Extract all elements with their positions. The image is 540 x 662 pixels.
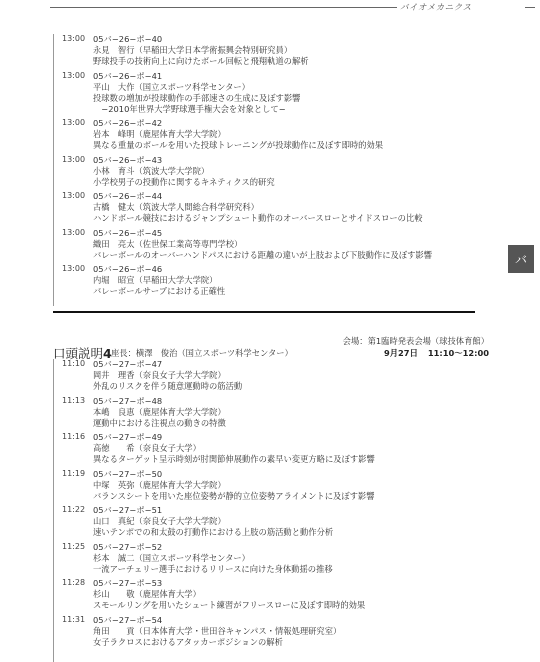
session-venue: 会場：第1臨時発表会場（球技体育館） — [343, 335, 489, 347]
running-header: バイオメカニクス — [400, 1, 472, 13]
entry-subtitle: −2010年世界大学野球選手権大会を対象として− — [93, 104, 474, 115]
program-entry: 13:00 05バ−26−ポ−41 平山 大作（国立スポーツ科学センター） 投球… — [54, 71, 474, 115]
entry-code: 05バ−27−ポ−48 — [93, 396, 474, 407]
entry-time: 13:00 — [62, 118, 85, 127]
entry-time: 11:31 — [62, 615, 85, 624]
entry-time: 11:10 — [62, 359, 85, 368]
program-entry: 11:10 05バ−27−ポ−47 岡井 理香（奈良女子大学大学院） 外乱のリス… — [54, 359, 474, 392]
entry-time: 11:19 — [62, 469, 85, 478]
entry-title: 外乱のリスクを伴う随意運動時の筋活動 — [93, 381, 474, 392]
entry-code: 05バ−26−ポ−44 — [93, 191, 474, 202]
entry-code: 05バ−26−ポ−41 — [93, 71, 474, 82]
program-entry: 13:00 05バ−26−ポ−44 古橋 健太（筑波大学人間総合科学研究科） ハ… — [54, 191, 474, 224]
session-time-range: 11:10〜12:00 — [428, 348, 489, 358]
entry-title: 投球数の増加が投球動作の手部速さの生成に及ぼす影響 — [93, 93, 474, 104]
entry-time: 11:22 — [62, 505, 85, 514]
entry-time: 13:00 — [62, 191, 85, 200]
program-entry: 11:22 05バ−27−ポ−51 山口 真紀（奈良女子大学大学院） 速いテンポ… — [54, 505, 474, 538]
entry-time: 13:00 — [62, 155, 85, 164]
entry-author: 山口 真紀（奈良女子大学大学院） — [93, 516, 474, 527]
poster-program-block: 13:00 05バ−26−ポ−40 永見 智行（早稲田大学日本学術振興会特別研究… — [53, 34, 474, 306]
entry-author: 岡井 理香（奈良女子大学大学院） — [93, 370, 474, 381]
program-entry: 13:00 05バ−26−ポ−40 永見 智行（早稲田大学日本学術振興会特別研究… — [54, 34, 474, 67]
header-rule — [50, 7, 397, 8]
session-datetime: 9月27日11:10〜12:00 — [384, 347, 489, 359]
entry-time: 11:13 — [62, 396, 85, 405]
header-dash — [525, 7, 535, 8]
entry-title: バランスシートを用いた座位姿勢が静的立位姿勢アライメントに及ぼす影響 — [93, 491, 474, 502]
entry-title: 異なる重量のボールを用いた投球トレーニングが投球動作に及ぼす即時的効果 — [93, 140, 474, 151]
entry-author: 本嶋 良恵（鹿屋体育大学大学院） — [93, 407, 474, 418]
section-index-label: バ — [515, 251, 527, 268]
program-entry: 13:00 05バ−26−ポ−43 小林 育斗（筑波大学大学院） 小学校男子の投… — [54, 155, 474, 188]
entry-author: 高徳 希（奈良女子大学） — [93, 443, 474, 454]
entry-time: 11:25 — [62, 542, 85, 551]
entry-title: 速いテンポでの和太鼓の打動作における上肢の筋活動と動作分析 — [93, 527, 474, 538]
section-index-tab: バ — [508, 245, 534, 273]
entry-time: 13:00 — [62, 228, 85, 237]
oral-program-block: 11:10 05バ−27−ポ−47 岡井 理香（奈良女子大学大学院） 外乱のリス… — [53, 359, 474, 662]
entry-title: ハンドボール競技におけるジャンプシュート動作のオーバースローとサイドスローの比較 — [93, 213, 474, 224]
entry-title: スモールリングを用いたシュート練習がフリースローに及ぼす即時的効果 — [93, 600, 474, 611]
entry-code: 05バ−27−ポ−49 — [93, 432, 474, 443]
entry-time: 11:28 — [62, 578, 85, 587]
program-entry: 11:25 05バ−27−ポ−52 杉本 誠二（国立スポーツ科学センター） 一流… — [54, 542, 474, 575]
entry-author: 杉山 敬（鹿屋体育大学） — [93, 589, 474, 600]
entry-title: 運動中における注視点の動きの特徴 — [93, 418, 474, 429]
entry-time: 13:00 — [62, 264, 85, 273]
entry-code: 05バ−27−ポ−54 — [93, 615, 474, 626]
section-divider — [53, 311, 475, 313]
session-date: 9月27日 — [384, 348, 418, 358]
session-chair: 座長：横澤 俊治（国立スポーツ科学センター） — [111, 347, 293, 359]
entry-code: 05バ−27−ポ−50 — [93, 469, 474, 480]
program-entry: 13:00 05バ−26−ポ−45 織田 亮太（佐世保工業高等専門学校） バレー… — [54, 228, 474, 261]
entry-author: 杉本 誠二（国立スポーツ科学センター） — [93, 553, 474, 564]
entry-title: 異なるターゲット呈示時刻が肘関節伸展動作の素早い変更方略に及ぼす影響 — [93, 454, 474, 465]
entry-code: 05バ−26−ポ−40 — [93, 34, 474, 45]
entry-code: 05バ−26−ポ−45 — [93, 228, 474, 239]
program-entry: 11:28 05バ−27−ポ−53 杉山 敬（鹿屋体育大学） スモールリングを用… — [54, 578, 474, 611]
entry-code: 05バ−26−ポ−42 — [93, 118, 474, 129]
entry-title: バレーボールのオーバーハンドパスにおける距離の違いが上肢および下肢動作に及ぼす影… — [93, 250, 474, 261]
entry-author: 中塚 英弥（鹿屋体育大学大学院） — [93, 480, 474, 491]
entry-author: 織田 亮太（佐世保工業高等専門学校） — [93, 239, 474, 250]
entry-time: 13:00 — [62, 71, 85, 80]
entry-title: バレーボールサーブにおける正確性 — [93, 286, 474, 297]
program-entry: 13:00 05バ−26−ポ−46 内堀 昭宣（早稲田大学大学院） バレーボール… — [54, 264, 474, 297]
entry-author: 古橋 健太（筑波大学人間総合科学研究科） — [93, 202, 474, 213]
program-entry: 11:19 05バ−27−ポ−50 中塚 英弥（鹿屋体育大学大学院） バランスシ… — [54, 469, 474, 502]
entry-time: 13:00 — [62, 34, 85, 43]
entry-code: 05バ−26−ポ−46 — [93, 264, 474, 275]
entry-author: 平山 大作（国立スポーツ科学センター） — [93, 82, 474, 93]
entry-code: 05バ−27−ポ−47 — [93, 359, 474, 370]
entry-title: 野球投手の技術向上に向けたボール回転と飛翔軌道の解析 — [93, 56, 474, 67]
program-entry: 11:31 05バ−27−ポ−54 角田 貢（日本体育大学・世田谷キャンパス・情… — [54, 615, 474, 648]
entry-code: 05バ−27−ポ−51 — [93, 505, 474, 516]
program-entry: 11:16 05バ−27−ポ−49 高徳 希（奈良女子大学） 異なるターゲット呈… — [54, 432, 474, 465]
entry-author: 角田 貢（日本体育大学・世田谷キャンパス・情報処理研究室） — [93, 626, 474, 637]
entry-title: 小学校男子の投動作に関するキネティクス的研究 — [93, 177, 474, 188]
entry-code: 05バ−27−ポ−52 — [93, 542, 474, 553]
entry-author: 小林 育斗（筑波大学大学院） — [93, 166, 474, 177]
entry-code: 05バ−27−ポ−53 — [93, 578, 474, 589]
entry-title: 一流アーチェリー選手におけるリリースに向けた身体動揺の推移 — [93, 564, 474, 575]
program-entry: 11:13 05バ−27−ポ−48 本嶋 良恵（鹿屋体育大学大学院） 運動中にお… — [54, 396, 474, 429]
entry-time: 11:16 — [62, 432, 85, 441]
entry-author: 永見 智行（早稲田大学日本学術振興会特別研究員） — [93, 45, 474, 56]
entry-code: 05バ−26−ポ−43 — [93, 155, 474, 166]
entry-author: 内堀 昭宣（早稲田大学大学院） — [93, 275, 474, 286]
entry-title: 女子ラクロスにおけるアタッカーポジションの解析 — [93, 637, 474, 648]
entry-author: 岩本 峰明（鹿屋体育大学大学院） — [93, 129, 474, 140]
program-entry: 13:00 05バ−26−ポ−42 岩本 峰明（鹿屋体育大学大学院） 異なる重量… — [54, 118, 474, 151]
